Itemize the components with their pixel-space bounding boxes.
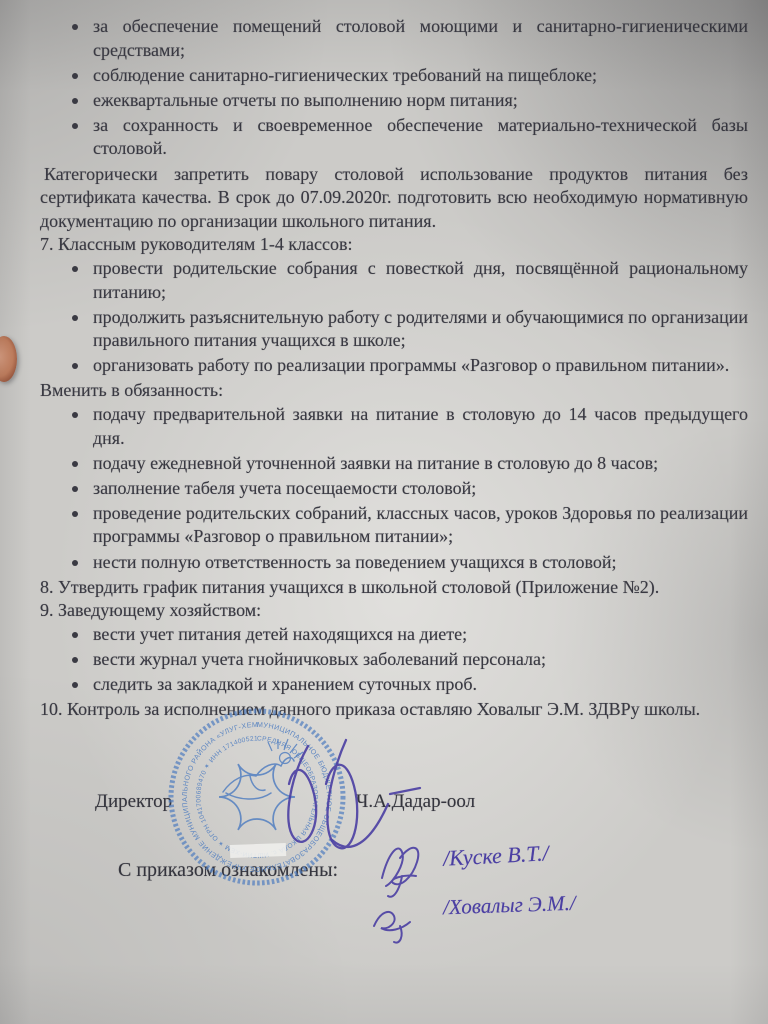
acknowledgement-signatures: [360, 826, 470, 946]
list-item: за сохранность и своевременное обеспечен…: [93, 114, 748, 161]
list-item: заполнение табеля учета посещаемости сто…: [93, 477, 748, 501]
document-page: за обеспечение помещений столовой моющим…: [0, 0, 768, 1024]
list-item: продолжить разъяснительную работу с роди…: [93, 306, 748, 353]
item9-heading: 9. Заведующему хозяйством:: [40, 599, 748, 623]
warning-paragraph: Категорически запретить повару столовой …: [40, 163, 748, 234]
list-item: проведение родительских собраний, классн…: [93, 502, 748, 549]
list-item: соблюдение санитарно-гигиенических требо…: [93, 64, 748, 88]
item8-paragraph: 8. Утвердить график питания учащихся в ш…: [40, 576, 748, 600]
order-text-body: за обеспечение помещений столовой моющим…: [0, 0, 768, 722]
list-item: организовать работу по реализации програ…: [93, 354, 748, 378]
item9-list: вести учет питания детей находящихся на …: [40, 623, 748, 697]
list-item: ежеквартальные отчеты по выполнению норм…: [93, 89, 748, 113]
vmenit-heading: Вменить в обязанность:: [40, 379, 748, 403]
list-item: вести журнал учета гнойничковых заболева…: [93, 648, 748, 672]
list-item: подачу ежедневной уточненной заявки на п…: [93, 452, 748, 476]
item7-list: провести родительские собрания с повестк…: [40, 257, 748, 378]
list-item: подачу предварительной заявки на питание…: [93, 403, 748, 450]
list-item: за обеспечение помещений столовой моющим…: [93, 15, 748, 62]
cook-responsibility-list: за обеспечение помещений столовой моющим…: [40, 15, 748, 161]
item10-paragraph: 10. Контроль за исполнением данного прик…: [40, 698, 748, 722]
list-item: провести родительские собрания с повестк…: [93, 257, 748, 304]
vmenit-list: подачу предварительной заявки на питание…: [40, 403, 748, 574]
item7-heading: 7. Классным руководителям 1-4 классов:: [40, 233, 748, 257]
list-item: следить за закладкой и хранением суточны…: [93, 673, 748, 697]
list-item: вести учет питания детей находящихся на …: [93, 623, 748, 647]
list-item: нести полную ответственность за поведени…: [93, 551, 748, 575]
director-label: Директор: [95, 791, 172, 813]
